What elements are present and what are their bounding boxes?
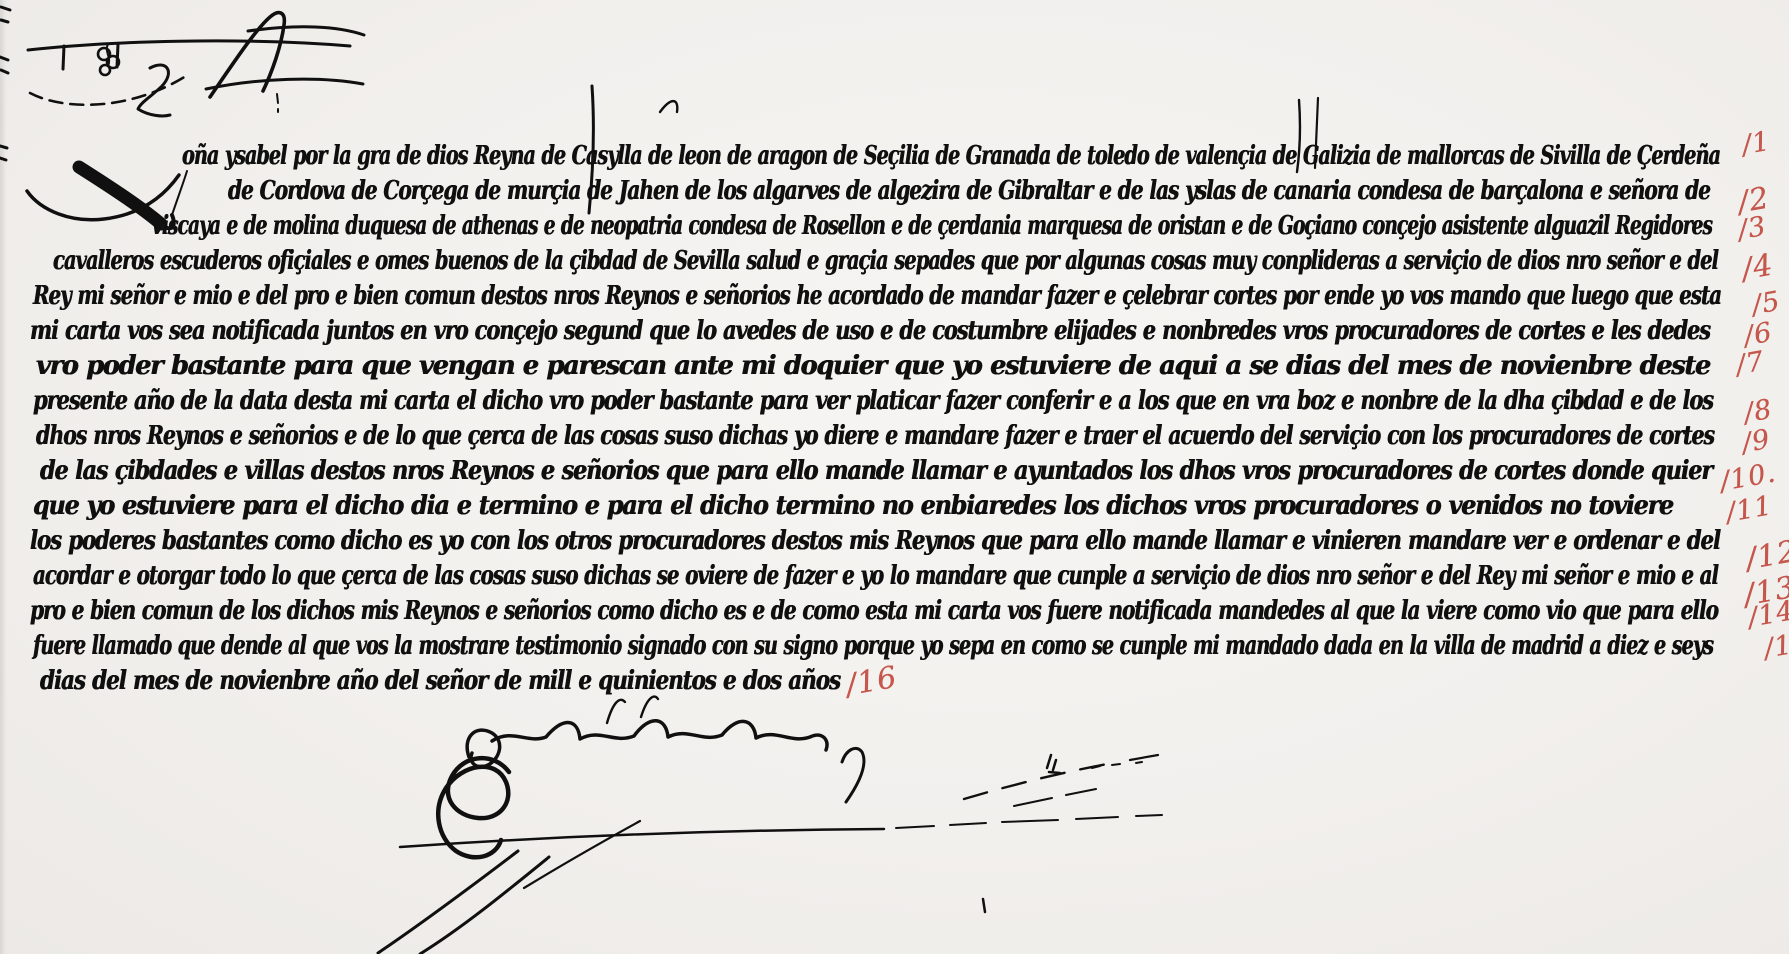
manuscript-line-4: cavalleros escuderos ofiçiales e omes bu… bbox=[53, 246, 1718, 276]
manuscript-line-10: de las çibdades e villas destos nros Rey… bbox=[40, 456, 1712, 486]
royal-signature-rubric bbox=[378, 697, 1162, 954]
notary-rubric-flourish bbox=[28, 13, 364, 116]
line-number-8: /8 bbox=[1742, 394, 1775, 429]
line-number-4: /4 bbox=[1739, 248, 1776, 288]
manuscript-line-2: de Cordova de Corçega de murçia de Jahen… bbox=[228, 176, 1710, 206]
line-number-3: /3 bbox=[1736, 211, 1769, 246]
manuscript-line-13: acordar e otorgar todo lo que çerca de l… bbox=[33, 561, 1718, 591]
manuscript-line-6: mi carta vos sea notificada juntos en vr… bbox=[30, 316, 1710, 346]
line-number-1: /1 bbox=[1740, 126, 1773, 161]
manuscript-line-3: viscaya e de molina duquesa de athenas e… bbox=[152, 211, 1712, 241]
manuscript-line-8: presente año de la data desta mi carta e… bbox=[33, 386, 1713, 416]
manuscript-line-16: dias del mes de novienbre año del señor … bbox=[40, 666, 840, 696]
scan-edge-marks bbox=[0, 7, 10, 160]
line-number-7: /7 bbox=[1734, 346, 1767, 381]
manuscript-line-11: que yo estuviere para el dicho dia e ter… bbox=[33, 491, 1673, 521]
ink-smudges bbox=[983, 755, 1142, 912]
manuscript-scan: oña ysabel por la gra de dios Reyna de C… bbox=[0, 0, 1789, 954]
manuscript-line-5: Rey mi señor e mio e del pro e bien comu… bbox=[33, 281, 1721, 311]
line-number-9: /9 bbox=[1740, 424, 1773, 459]
manuscript-line-14: pro e bien comun de los dichos mis Reyno… bbox=[30, 596, 1718, 626]
manuscript-line-1: oña ysabel por la gra de dios Reyna de C… bbox=[182, 141, 1720, 171]
manuscript-line-7: vro poder bastante para que vengan e par… bbox=[36, 351, 1710, 381]
line-number-14: /14 bbox=[1746, 595, 1789, 634]
line-number-5: /5 bbox=[1750, 286, 1783, 321]
manuscript-line-9: dhos nros Reynos e señorios e de lo que … bbox=[36, 421, 1714, 451]
manuscript-line-15: fuere llamado que dende al que vos la mo… bbox=[33, 631, 1713, 661]
manuscript-line-12: los poderes bastantes como dicho es yo c… bbox=[30, 526, 1720, 556]
